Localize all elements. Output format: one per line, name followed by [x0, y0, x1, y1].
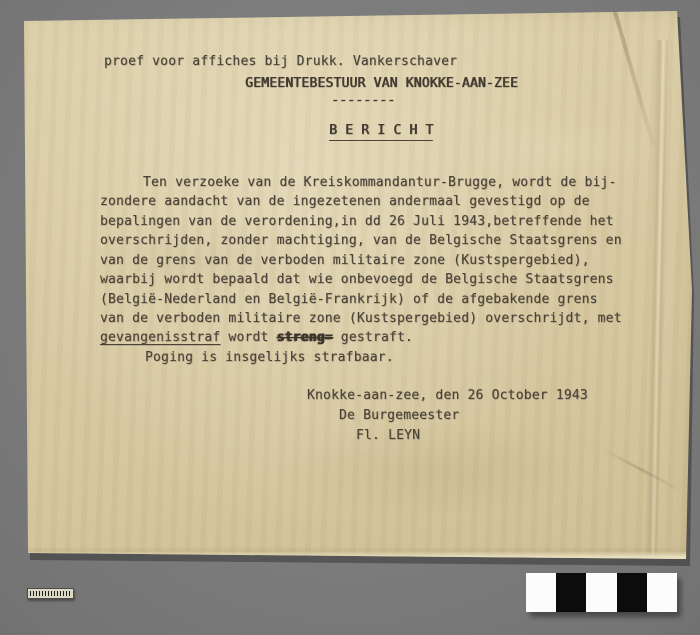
scale-bar-square-white [647, 573, 677, 612]
authority-heading: GEMEENTEBESTUUR VAN KNOKKE-AAN-ZEE [245, 76, 518, 91]
body-line: waarbij wordt bepaald dat wie onbevoegd … [100, 272, 614, 287]
body-line: van de grens van de verboden militaire z… [100, 253, 590, 268]
closing-line: Poging is insgelijks strafbaar. [145, 350, 394, 365]
scale-bar-square-white [526, 573, 556, 612]
authority-underline-dashes: -------- [331, 93, 395, 108]
penalty-line: gevangenisstraf wordt streng= gestraft. [100, 330, 413, 345]
body-line: zondere aandacht van de ingezetenen ande… [100, 194, 590, 209]
photo-scale-bar [526, 573, 677, 612]
body-line: overschrijden, zonder machtiging, van de… [100, 233, 622, 248]
measurement-ruler [27, 588, 74, 599]
signoff-role: De Burgemeester [339, 408, 459, 423]
body-line: (België-Nederland en België-Frankrijk) o… [100, 292, 598, 307]
penalty-underlined-word: gevangenisstraf [100, 330, 220, 345]
paper-crease-bottom-right [601, 447, 682, 492]
proof-annotation: proef voor affiches bij Drukk. Vankersch… [104, 54, 457, 69]
dateline: Knokke-aan-zee, den 26 October 1943 [307, 388, 588, 403]
body-line: Ten verzoeke van de Kreiskommandantur-Br… [143, 175, 617, 190]
notice-title-text: B E R I C H T [329, 123, 433, 141]
typewritten-notice-sheet: proef voor affiches bij Drukk. Vankersch… [0, 0, 700, 635]
penalty-after: gestraft. [333, 330, 413, 345]
scale-bar-square-black [556, 573, 586, 612]
notice-title: B E R I C H T [329, 123, 433, 138]
scale-bar-square-black [617, 573, 647, 612]
scale-bar-square-white [586, 573, 616, 612]
penalty-middle: wordt [220, 330, 276, 345]
body-line: bepalingen van de verordening,in dd 26 J… [100, 214, 614, 229]
ruler-tick-marks [30, 591, 71, 596]
paper-crease-top-right [613, 10, 655, 146]
penalty-obliterated-word: streng= [277, 330, 333, 345]
signoff-name: Fl. LEYN [356, 428, 420, 443]
paper-crease-right [645, 40, 670, 555]
scanned-photo: proef voor affiches bij Drukk. Vankersch… [0, 0, 700, 635]
body-line: van de verboden militaire zone (Kustsper… [100, 311, 622, 326]
